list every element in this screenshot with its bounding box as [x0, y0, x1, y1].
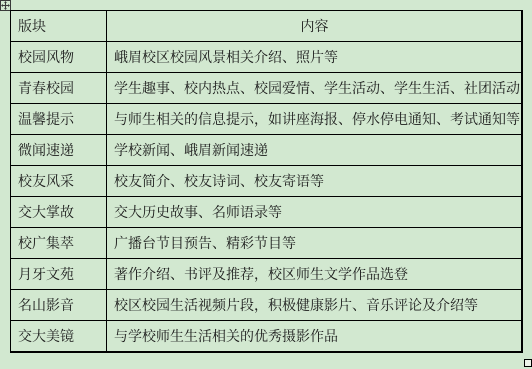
section-cell: 温馨提示 — [11, 104, 107, 135]
content-cell: 校区校园生活视频片段，积极健康影片、音乐评论及介绍等 — [107, 290, 523, 321]
content-cell: 著作介绍、书评及推荐，校区师生文学作品选登 — [107, 259, 523, 290]
table-row: 校园风物峨眉校区校园风景相关介绍、照片等 — [11, 42, 523, 73]
table-row: 青春校园学生趣事、校内热点、校园爱情、学生活动、学生生活、社团活动 — [11, 73, 523, 104]
content-cell: 与师生相关的信息提示，如讲座海报、停水停电通知、考试通知等 — [107, 104, 523, 135]
table-row: 月牙文苑著作介绍、书评及推荐，校区师生文学作品选登 — [11, 259, 523, 290]
section-cell: 校友风采 — [11, 166, 107, 197]
table-row: 校广集萃广播台节目预告、精彩节目等 — [11, 228, 523, 259]
content-cell: 学校新闻、峨眉新闻速递 — [107, 135, 523, 166]
move-arrows-icon — [1, 1, 10, 10]
section-cell: 校广集萃 — [11, 228, 107, 259]
header-row: 版块 内容 — [11, 11, 523, 42]
table-row: 名山影音校区校园生活视频片段，积极健康影片、音乐评论及介绍等 — [11, 290, 523, 321]
section-cell: 名山影音 — [11, 290, 107, 321]
header-cell-content: 内容 — [107, 11, 523, 42]
content-cell: 广播台节目预告、精彩节目等 — [107, 228, 523, 259]
section-cell: 校园风物 — [11, 42, 107, 73]
table-resize-handle[interactable] — [524, 359, 532, 367]
header-cell-section: 版块 — [11, 11, 107, 42]
content-cell: 与学校师生生活相关的优秀摄影作品 — [107, 321, 523, 353]
sections-table: 版块 内容 校园风物峨眉校区校园风景相关介绍、照片等青春校园学生趣事、校内热点、… — [10, 10, 523, 353]
section-cell: 月牙文苑 — [11, 259, 107, 290]
table-row: 微闻速递学校新闻、峨眉新闻速递 — [11, 135, 523, 166]
section-cell: 微闻速递 — [11, 135, 107, 166]
section-cell: 交大掌故 — [11, 197, 107, 228]
table-row: 温馨提示与师生相关的信息提示，如讲座海报、停水停电通知、考试通知等 — [11, 104, 523, 135]
content-cell: 峨眉校区校园风景相关介绍、照片等 — [107, 42, 523, 73]
table-row: 校友风采校友简介、校友诗词、校友寄语等 — [11, 166, 523, 197]
content-cell: 学生趣事、校内热点、校园爱情、学生活动、学生生活、社团活动 — [107, 73, 523, 104]
table-row: 交大掌故交大历史故事、名师语录等 — [11, 197, 523, 228]
document-page: 版块 内容 校园风物峨眉校区校园风景相关介绍、照片等青春校园学生趣事、校内热点、… — [0, 0, 532, 369]
section-cell: 青春校园 — [11, 73, 107, 104]
table-row: 交大美镜与学校师生生活相关的优秀摄影作品 — [11, 321, 523, 353]
content-cell: 交大历史故事、名师语录等 — [107, 197, 523, 228]
section-cell: 交大美镜 — [11, 321, 107, 353]
content-cell: 校友简介、校友诗词、校友寄语等 — [107, 166, 523, 197]
